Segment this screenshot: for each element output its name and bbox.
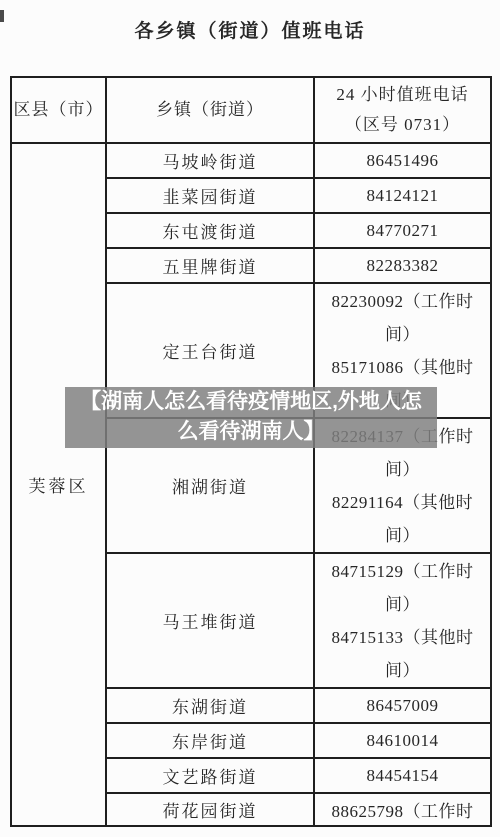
phone-line: 82291164（其他时 [315,486,490,519]
phone-cell: 84454154 [314,758,491,793]
phone-cell: 84770271 [314,213,491,248]
phone-cell: 86451496 [314,143,491,178]
phone-line: 间） [315,453,490,486]
phone-cell: 84715129（工作时 间） 84715133（其他时 间） [314,553,491,688]
phone-cell: 84610014 [314,723,491,758]
street-cell: 东湖街道 [106,688,314,723]
district-cell: 芙蓉区 [11,143,106,826]
watermark-text-line1: 【湖南人怎么看待疫情地区,外地人怎 [65,387,437,417]
phone-line: 84715133（其他时 [315,621,490,654]
street-cell: 马王堆街道 [106,553,314,688]
header-street: 乡镇（街道） [106,77,314,143]
street-cell: 东岸街道 [106,723,314,758]
phone-line: 间） [315,654,490,687]
header-district: 区县（市） [11,77,106,143]
table-row: 芙蓉区 马坡岭街道 86451496 [11,143,491,178]
street-cell: 五里牌街道 [106,248,314,283]
page-title: 各乡镇（街道）值班电话 [0,16,500,43]
phone-line: 间） [315,588,490,621]
street-cell: 文艺路街道 [106,758,314,793]
phone-line: 82230092（工作时 [315,285,490,318]
header-phone-line2: （区号 0731） [315,110,490,140]
table-header-row: 区县（市） 乡镇（街道） 24 小时值班电话 （区号 0731） [11,77,491,143]
phone-line: 间） [315,519,490,552]
phone-cell: 84124121 [314,178,491,213]
phone-line: 间） [315,318,490,351]
phone-cell: 88625798（工作时 [314,793,491,826]
phone-line: 84715129（工作时 [315,555,490,588]
phone-line: 85171086（其他时 [315,351,490,384]
street-cell: 荷花园街道 [106,793,314,826]
header-phone-line1: 24 小时值班电话 [315,80,490,110]
street-cell: 马坡岭街道 [106,143,314,178]
scanned-page: 各乡镇（街道）值班电话 区县（市） 乡镇（街道） 24 小时值班电话 （区号 0… [0,0,500,837]
duty-phone-table: 区县（市） 乡镇（街道） 24 小时值班电话 （区号 0731） 芙蓉区 马坡岭… [10,76,492,827]
phone-cell: 82283382 [314,248,491,283]
header-phone: 24 小时值班电话 （区号 0731） [314,77,491,143]
street-cell: 东屯渡街道 [106,213,314,248]
watermark-text-line2: 么看待湖南人】 [65,417,437,447]
phone-cell: 86457009 [314,688,491,723]
street-cell: 韭菜园街道 [106,178,314,213]
watermark-overlay: 【湖南人怎么看待疫情地区,外地人怎 么看待湖南人】 [65,387,437,448]
